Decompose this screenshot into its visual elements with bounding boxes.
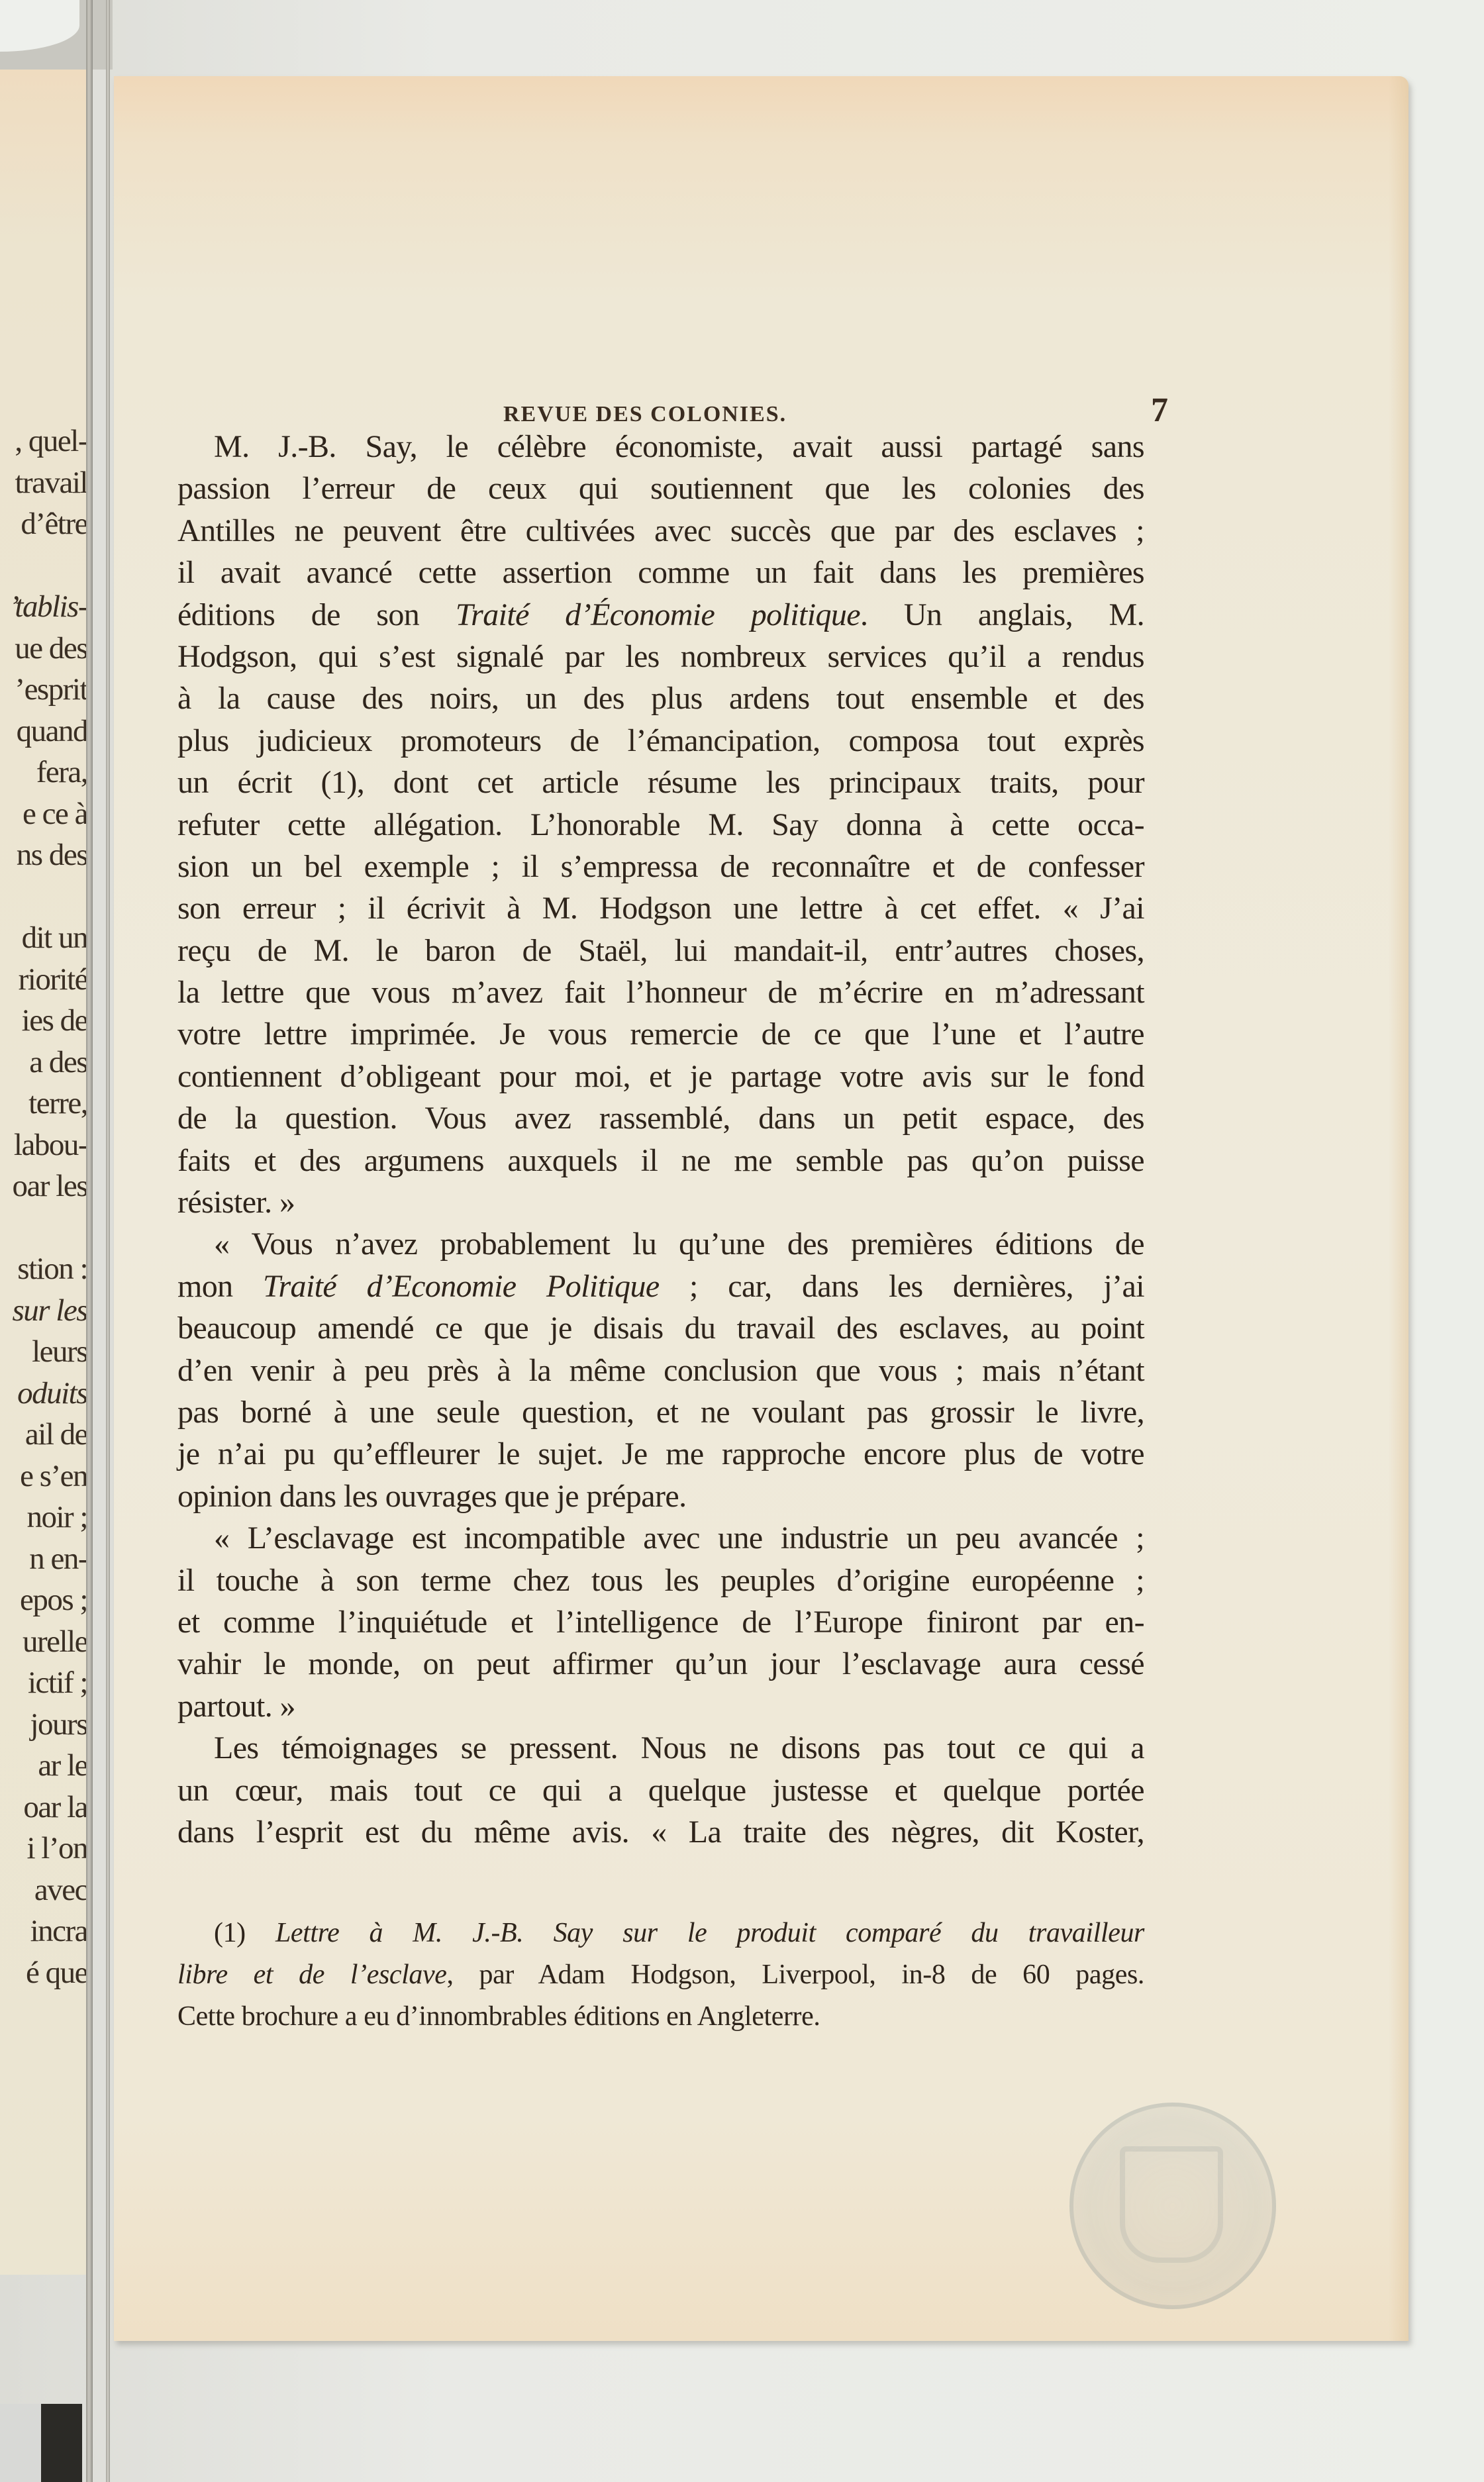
left-page-line-fragment: terre, (0, 1083, 87, 1124)
text-run: Hodgson, qui s’est signalé par les nombr… (177, 639, 1144, 674)
running-header: REVUE DES COLONIES. 7 (503, 391, 1172, 417)
text-line: partout. » (177, 1685, 1144, 1727)
text-line: la lettre que vous m’avez fait l’honneur… (177, 971, 1144, 1013)
text-run: Les témoignages se pressent. Nous ne dis… (214, 1730, 1144, 1765)
library-stamp-icon (1069, 2103, 1276, 2309)
left-page-line-fragment (0, 876, 87, 918)
text-run: « L’esclavage est incompatible avec une … (214, 1520, 1144, 1556)
left-page-line-fragment: epos ; (0, 1579, 87, 1621)
text-run: ; car, dans les dernières, j’ai (660, 1269, 1144, 1304)
left-page-line-fragment: oar les (0, 1166, 87, 1207)
left-page-line-fragment: leurs (0, 1331, 87, 1373)
text-line: résister. » (177, 1181, 1144, 1223)
text-run: contiennent d’obligeant pour moi, et je … (177, 1059, 1144, 1094)
text-line: « Vous n’avez probablement lu qu’une des… (177, 1223, 1144, 1265)
text-line: libre et de l’esclave, par Adam Hodgson,… (177, 1954, 1144, 1996)
left-page-corner-shadow (0, 0, 113, 70)
left-page-line-fragment: é que (0, 1952, 87, 1994)
text-line: plus judicieux promoteurs de l’émancipat… (177, 720, 1144, 762)
text-run: passion l’erreur de ceux qui soutiennent… (177, 471, 1144, 506)
text-line: votre lettre imprimée. Je vous remercie … (177, 1013, 1144, 1055)
italic-title-text: Traité d’Economie Politique (263, 1269, 660, 1304)
left-page-line-fragment: oduits (0, 1373, 87, 1415)
book-gutter-page-stack (106, 0, 110, 2482)
text-run: de la question. Vous avez rassemblé, dan… (177, 1101, 1144, 1136)
text-line: opinion dans les ouvrages que je prépare… (177, 1475, 1144, 1517)
text-run: vahir le monde, on peut affirmer qu’un j… (177, 1646, 1144, 1681)
book-spine (41, 2404, 82, 2482)
text-run: et comme l’inquiétude et l’intelligence … (177, 1605, 1144, 1640)
left-page-line-fragment: dit un (0, 917, 87, 959)
text-line: (1) Lettre à M. J.-B. Say sur le produit… (177, 1912, 1144, 1954)
left-page-line-fragment (0, 545, 87, 587)
text-line: à la cause des noirs, un des plus ardens… (177, 677, 1144, 719)
text-run: d’en venir à peu près à la même conclusi… (177, 1353, 1144, 1388)
left-page-line-fragment: n en- (0, 1538, 87, 1580)
left-page-line-fragment: oar la (0, 1787, 87, 1828)
text-line: de la question. Vous avez rassemblé, dan… (177, 1097, 1144, 1139)
text-run: il touche à son terme chez tous les peup… (177, 1563, 1144, 1598)
text-run: reçu de M. le baron de Staël, lui mandai… (177, 933, 1144, 968)
italic-title-text: Lettre à M. J.-B. Say sur le produit com… (275, 1918, 1144, 1948)
text-run: , par Adam Hodgson, Liverpool, in-8 de 6… (447, 1960, 1145, 1990)
text-run: faits et des argumens auxquels il ne me … (177, 1143, 1144, 1178)
left-page-line-fragment: ue des (0, 628, 87, 670)
left-page-line-fragment: ’esprit (0, 669, 87, 711)
text-line: beaucoup amendé ce que je disais du trav… (177, 1307, 1144, 1349)
text-run: . Un anglais, M. (860, 597, 1144, 632)
text-line: Cette brochure a eu d’innombrables éditi… (177, 1996, 1144, 2038)
text-run: mon (177, 1269, 263, 1304)
left-page-line-fragment: , quel- (0, 421, 87, 462)
left-page-line-fragment: sur les (0, 1290, 87, 1332)
text-run: pas borné à une seule question, et ne vo… (177, 1395, 1144, 1430)
text-run: « Vous n’avez probablement lu qu’une des… (214, 1226, 1144, 1262)
text-line: son erreur ; il écrivit à M. Hodgson une… (177, 887, 1144, 929)
left-page-line-fragment: urelle (0, 1621, 87, 1663)
left-page-line-fragment: incra (0, 1911, 87, 1952)
text-line: il avait avancé cette assertion comme un… (177, 552, 1144, 593)
text-run: résister. » (177, 1185, 295, 1220)
text-run: un écrit (1), dont cet article résume le… (177, 765, 1144, 800)
left-page-line-fragment: avec (0, 1869, 87, 1911)
left-page-line-fragment: e ce à (0, 793, 87, 835)
italic-title-text: Traité d’Économie politique (456, 597, 860, 632)
text-line: refuter cette allégation. L’honorable M.… (177, 804, 1144, 846)
left-page-line-fragment: i l’on (0, 1828, 87, 1869)
left-page-line-fragment: a des (0, 1042, 87, 1083)
text-line: un cœur, mais tout ce qui a quelque just… (177, 1769, 1144, 1811)
text-line: dans l’esprit est du même avis. « La tra… (177, 1811, 1144, 1853)
text-line: Antilles ne peuvent être cultivées avec … (177, 510, 1144, 552)
text-run: refuter cette allégation. L’honorable M.… (177, 807, 1144, 842)
left-page-line-fragment: stion : (0, 1248, 87, 1290)
left-page-line-fragment (0, 1207, 87, 1249)
left-page-line-fragment: ail de (0, 1414, 87, 1456)
text-run: partout. » (177, 1689, 295, 1724)
left-page-line-fragment: ’tablis- (0, 586, 87, 628)
text-line: vahir le monde, on peut affirmer qu’un j… (177, 1643, 1144, 1685)
left-page: , quel-travaild’être ’tablis-ue des’espr… (0, 70, 91, 2275)
text-run: beaucoup amendé ce que je disais du trav… (177, 1311, 1144, 1346)
text-run: à la cause des noirs, un des plus ardens… (177, 681, 1144, 716)
text-line: je n’ai pu qu’effleurer le sujet. Je me … (177, 1433, 1144, 1475)
text-line: d’en venir à peu près à la même conclusi… (177, 1350, 1144, 1391)
text-run: (1) (214, 1918, 275, 1948)
text-line: « L’esclavage est incompatible avec une … (177, 1517, 1144, 1559)
text-run: la lettre que vous m’avez fait l’honneur… (177, 975, 1144, 1010)
left-page-line-fragment: ns des (0, 834, 87, 876)
text-line: mon Traité d’Economie Politique ; car, d… (177, 1266, 1144, 1307)
body-text: M. J.-B. Say, le célèbre économiste, ava… (177, 426, 1144, 1853)
left-page-line-fragment: fera, (0, 752, 87, 793)
text-run: dans l’esprit est du même avis. « La tra… (177, 1814, 1144, 1850)
text-run: plus judicieux promoteurs de l’émancipat… (177, 723, 1144, 758)
bottom-left-background (0, 2404, 41, 2482)
text-line: il touche à son terme chez tous les peup… (177, 1560, 1144, 1601)
text-run: opinion dans les ouvrages que je prépare… (177, 1479, 686, 1514)
text-run: votre lettre imprimée. Je vous remercie … (177, 1017, 1144, 1052)
left-page-line-fragment: travail (0, 462, 87, 504)
text-run: M. J.-B. Say, le célèbre économiste, ava… (214, 429, 1144, 464)
text-line: passion l’erreur de ceux qui soutiennent… (177, 468, 1144, 509)
text-line: reçu de M. le baron de Staël, lui mandai… (177, 930, 1144, 971)
text-line: pas borné à une seule question, et ne vo… (177, 1391, 1144, 1433)
text-run: Antilles ne peuvent être cultivées avec … (177, 513, 1144, 548)
text-run: son erreur ; il écrivit à M. Hodgson une… (177, 891, 1144, 926)
book-gutter-edge (86, 0, 93, 2482)
left-page-line-fragment: noir ; (0, 1497, 87, 1538)
text-line: éditions de son Traité d’Économie politi… (177, 594, 1144, 636)
text-run: je n’ai pu qu’effleurer le sujet. Je me … (177, 1436, 1144, 1471)
left-page-line-fragment: quand (0, 711, 87, 752)
left-page-line-fragment: d’être (0, 503, 87, 545)
text-line: M. J.-B. Say, le célèbre économiste, ava… (177, 426, 1144, 468)
left-page-line-fragment: jours (0, 1704, 87, 1746)
left-page-line-fragment: labou- (0, 1124, 87, 1166)
text-line: sion un bel exemple ; il s’empressa de r… (177, 846, 1144, 887)
left-page-line-fragment: ies de (0, 1000, 87, 1042)
text-run: sion un bel exemple ; il s’empressa de r… (177, 849, 1144, 884)
text-run: Cette brochure a eu d’innombrables éditi… (177, 2001, 820, 2032)
text-line: un écrit (1), dont cet article résume le… (177, 762, 1144, 803)
page-number: 7 (1151, 391, 1168, 430)
footnote: (1) Lettre à M. J.-B. Say sur le produit… (177, 1912, 1144, 2038)
italic-title-text: libre et de l’esclave (177, 1960, 447, 1990)
text-run: il avait avancé cette assertion comme un… (177, 555, 1144, 590)
left-page-line-fragment: e s’en (0, 1456, 87, 1497)
text-line: Hodgson, qui s’est signalé par les nombr… (177, 636, 1144, 677)
running-title: REVUE DES COLONIES. (503, 402, 787, 427)
text-line: faits et des argumens auxquels il ne me … (177, 1140, 1144, 1181)
left-page-line-fragment: riorité (0, 959, 87, 1001)
text-run: un cœur, mais tout ce qui a quelque just… (177, 1773, 1144, 1808)
left-page-text-fragments: , quel-travaild’être ’tablis-ue des’espr… (0, 421, 87, 1993)
left-page-line-fragment: ar le (0, 1745, 87, 1787)
text-line: et comme l’inquiétude et l’intelligence … (177, 1601, 1144, 1643)
left-page-line-fragment: ictif ; (0, 1662, 87, 1704)
text-line: contiennent d’obligeant pour moi, et je … (177, 1056, 1144, 1097)
text-line: Les témoignages se pressent. Nous ne dis… (177, 1727, 1144, 1769)
text-run: éditions de son (177, 597, 456, 632)
